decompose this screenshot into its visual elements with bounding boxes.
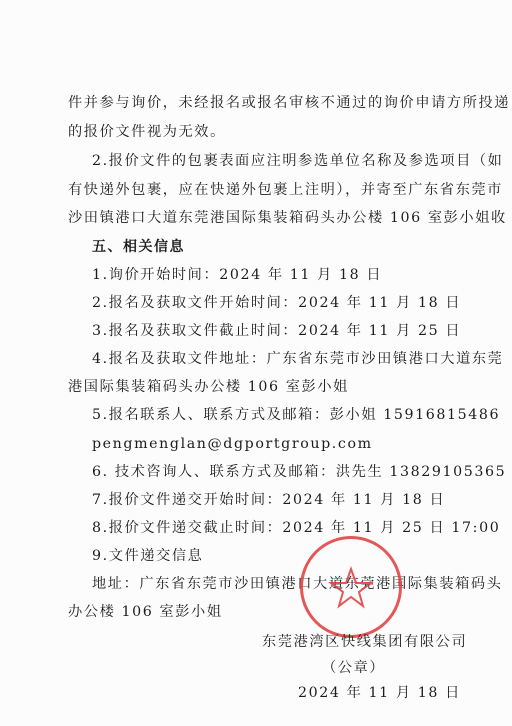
section-heading: 五、相关信息 [92,237,185,257]
body-line-1: 件并参与询价，未经报名或报名审核不通过的询价申请方所投递 [68,93,510,113]
body-line-4: 有快递外包裹，应在快递外包裹上注明），并寄至广东省东莞市 [68,180,503,200]
body-line-2: 的报价文件视为无效。 [68,122,226,142]
signature-date: 2024 年 11 月 18 日 [298,683,461,703]
info-item-1: 1.询价开始时间：2024 年 11 月 18 日 [92,265,382,285]
info-item-4: 4.报名及获取文件地址：广东省东莞市沙田镇港口大道东莞 [92,349,503,369]
contact-email: pengmenglan@dgportgroup.com [92,434,373,454]
signature-company: 东莞港湾区快线集团有限公司 [262,632,467,652]
address-line-2: 办公楼 106 室彭小姐 [68,602,223,622]
document-page: 件并参与询价，未经报名或报名审核不通过的询价申请方所投递 的报价文件视为无效。 … [0,0,512,726]
info-item-2: 2.报名及获取文件开始时间：2024 年 11 月 18 日 [92,293,461,313]
info-item-8: 8.报价文件递交截止时间：2024 年 11 月 25 日 17:00 [92,518,500,538]
info-item-3: 3.报名及获取文件截止时间：2024 年 11 月 25 日 [92,321,461,341]
address-line-1: 地址：广东省东莞市沙田镇港口大道东莞港国际集装箱码头 [92,574,502,594]
star-icon [303,539,399,635]
info-item-9: 9.文件递交信息 [92,546,203,566]
info-item-5: 5.报名联系人、联系方式及邮箱：彭小姐 15916815486 [92,405,500,425]
info-item-7: 7.报价文件递交开始时间：2024 年 11 月 18 日 [92,490,445,510]
info-item-6: 6. 技术咨询人、联系方式及邮箱：洪先生 13829105365 [92,462,506,482]
company-seal-stamp [300,536,402,638]
body-line-3: 2.报价文件的包裹表面应注明参选单位名称及参选项目（如 [92,151,503,171]
body-line-5: 沙田镇港口大道东莞港国际集装箱码头办公楼 106 室彭小姐收 [68,208,507,228]
signature-seal-label: （公章） [322,658,385,678]
info-item-4-cont: 港国际集装箱码头办公楼 106 室彭小姐 [68,377,349,397]
